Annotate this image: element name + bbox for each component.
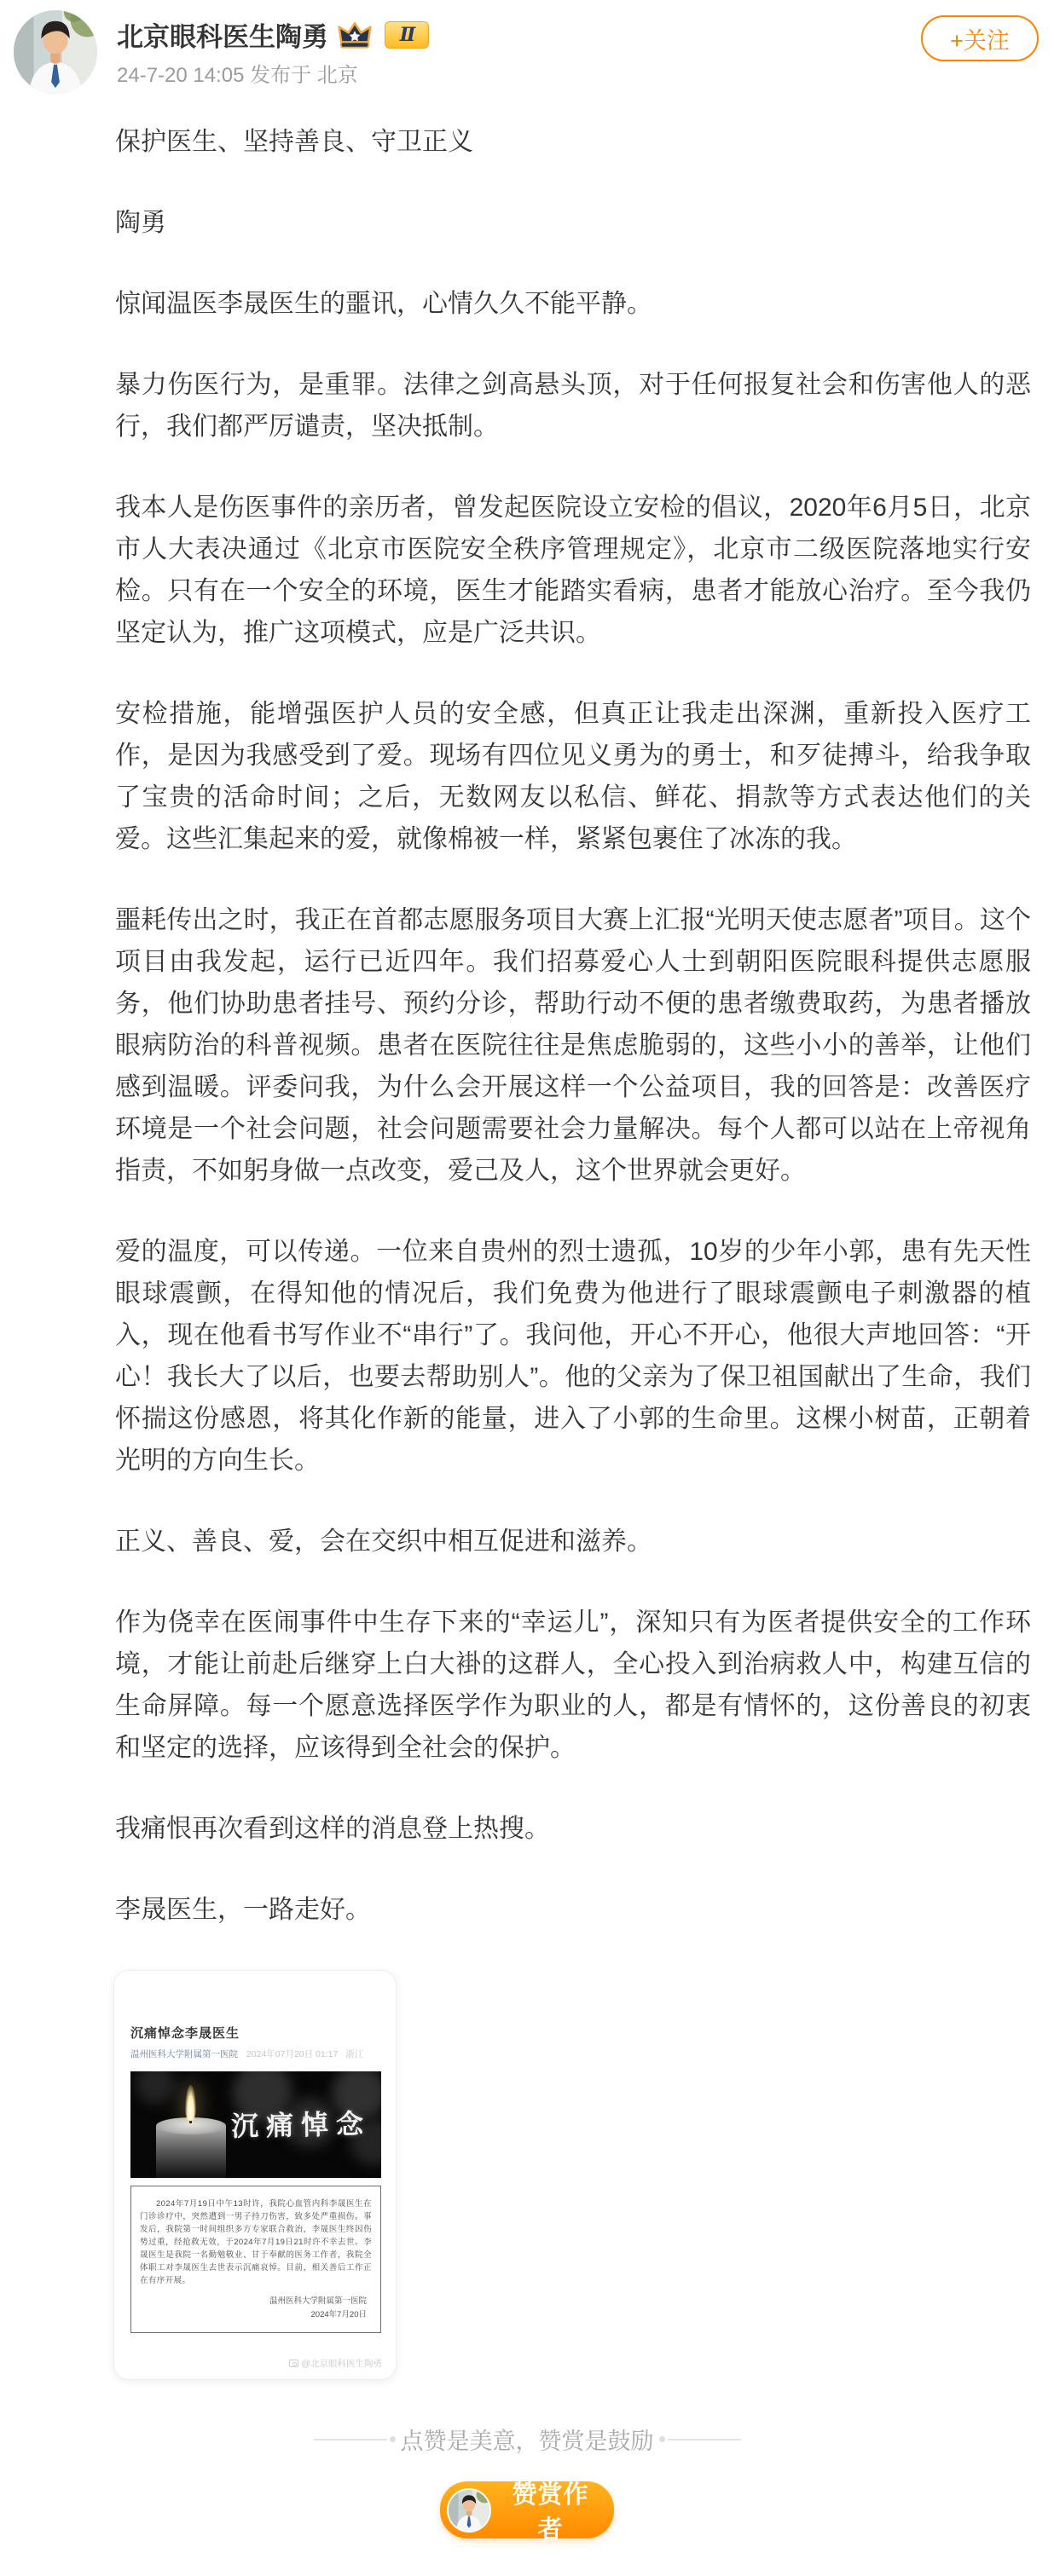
post-paragraph: 正义、善良、爱，会在交织中相互促进和滋养。 xyxy=(115,1521,1031,1562)
weibo-post-page: V 北京眼科医生陶勇 Ⅱ 24-7-20 14:05 发布于 北京 +关注 保护… xyxy=(0,0,1054,2576)
author-avatar[interactable]: V xyxy=(14,10,97,94)
level-2-badge[interactable]: Ⅱ xyxy=(385,21,429,49)
obituary-notice-text: 2024年7月19日中午13时许，我院心血管内科李晟医生在门诊诊疗中，突然遭到一… xyxy=(140,2198,372,2287)
reward-author-avatar xyxy=(447,2488,491,2533)
author-username[interactable]: 北京眼科医生陶勇 xyxy=(117,15,328,54)
post-timestamp: 24-7-20 14:05 发布于 北京 xyxy=(117,58,358,88)
follow-button[interactable]: +关注 xyxy=(921,15,1039,61)
post-paragraph: 作为侥幸在医闹事件中生存下来的“幸运儿”，深知只有为医者提供安全的工作环境，才能… xyxy=(115,1602,1031,1769)
card-datetime: 2024年07月20日 01:17 xyxy=(246,2049,338,2059)
post-header: V 北京眼科医生陶勇 Ⅱ 24-7-20 14:05 发布于 北京 +关注 xyxy=(0,0,1054,121)
post-content: 保护医生、坚持善良、守卫正义陶勇惊闻温医李晟医生的噩讯，心情久久不能平静。暴力伤… xyxy=(115,121,1031,1931)
post-paragraph: 李晟医生，一路走好。 xyxy=(115,1889,1031,1931)
attached-image-card[interactable]: 沉痛悼念李晟医生 温州医科大学附属第一医院 2024年07月20日 01:17 … xyxy=(113,1970,397,2380)
post-paragraph: 我痛恨再次看到这样的消息登上热搜。 xyxy=(115,1808,1031,1850)
card-title: 沉痛悼念李晟医生 xyxy=(130,2024,379,2042)
notice-signature-date: 2024年7月20日 xyxy=(140,2308,372,2322)
bokeh-light xyxy=(136,2071,175,2104)
reward-button-label: 赞赏作者 xyxy=(502,2475,599,2545)
notice-signature-org: 温州医科大学附属第一医院 xyxy=(140,2295,372,2308)
post-paragraph: 惊闻温医李晟医生的噩讯，心情久久不能平静。 xyxy=(115,283,1031,325)
obituary-notice-box: 2024年7月19日中午13时许，我院心血管内科李晟医生在门诊诊疗中，突然遭到一… xyxy=(130,2186,381,2333)
divider-line xyxy=(668,2439,741,2440)
post-paragraph: 爱的温度，可以传递。一位来自贵州的烈士遗孤，10岁的少年小郭，患有先天性眼球震颤… xyxy=(115,1231,1031,1481)
banner-calligraphy-text: 沉痛悼念 xyxy=(231,2103,372,2145)
candle-flame-icon xyxy=(185,2085,196,2121)
author-name-row: 北京眼科医生陶勇 Ⅱ xyxy=(117,15,429,54)
post-paragraph: 我本人是伤医事件的亲历者，曾发起医院设立安检的倡议，2020年6月5日，北京市人… xyxy=(115,487,1031,654)
post-paragraph: 暴力伤医行为，是重罪。法律之剑高悬头顶，对于任何报复社会和伤害他人的恶行，我们都… xyxy=(115,364,1031,448)
post-paragraph: 噩耗传出之时，我正在首都志愿服务项目大赛上汇报“光明天使志愿者”项目。这个项目由… xyxy=(115,899,1031,1192)
verified-badge-icon: V xyxy=(82,82,97,94)
camera-icon xyxy=(289,2359,298,2367)
card-source-link: 温州医科大学附属第一医院 xyxy=(130,2049,238,2059)
watermark-text: @北京眼科医生陶勇 xyxy=(301,2357,382,2370)
reward-divider: 点赞是美意，赞赏是鼓励 xyxy=(0,2423,1054,2456)
reward-author-button[interactable]: 赞赏作者 xyxy=(440,2481,614,2538)
post-paragraph: 保护医生、坚持善良、守卫正义 xyxy=(115,121,1031,163)
avatar-image xyxy=(14,10,97,94)
image-watermark: @北京眼科医生陶勇 xyxy=(289,2357,382,2370)
card-location: 浙江 xyxy=(345,2049,363,2059)
post-paragraph: 陶勇 xyxy=(115,202,1031,244)
card-meta: 温州医科大学附属第一医院 2024年07月20日 01:17 浙江 xyxy=(130,2048,379,2060)
divider-line xyxy=(314,2439,387,2440)
memorial-banner-image: 沉痛悼念 xyxy=(130,2071,381,2178)
crown-icon[interactable] xyxy=(337,20,373,50)
post-paragraph: 安检措施，能增强医护人员的安全感，但真正让我走出深渊，重新投入医疗工作，是因为我… xyxy=(115,693,1031,860)
divider-text: 点赞是美意，赞赏是鼓励 xyxy=(401,2423,654,2456)
